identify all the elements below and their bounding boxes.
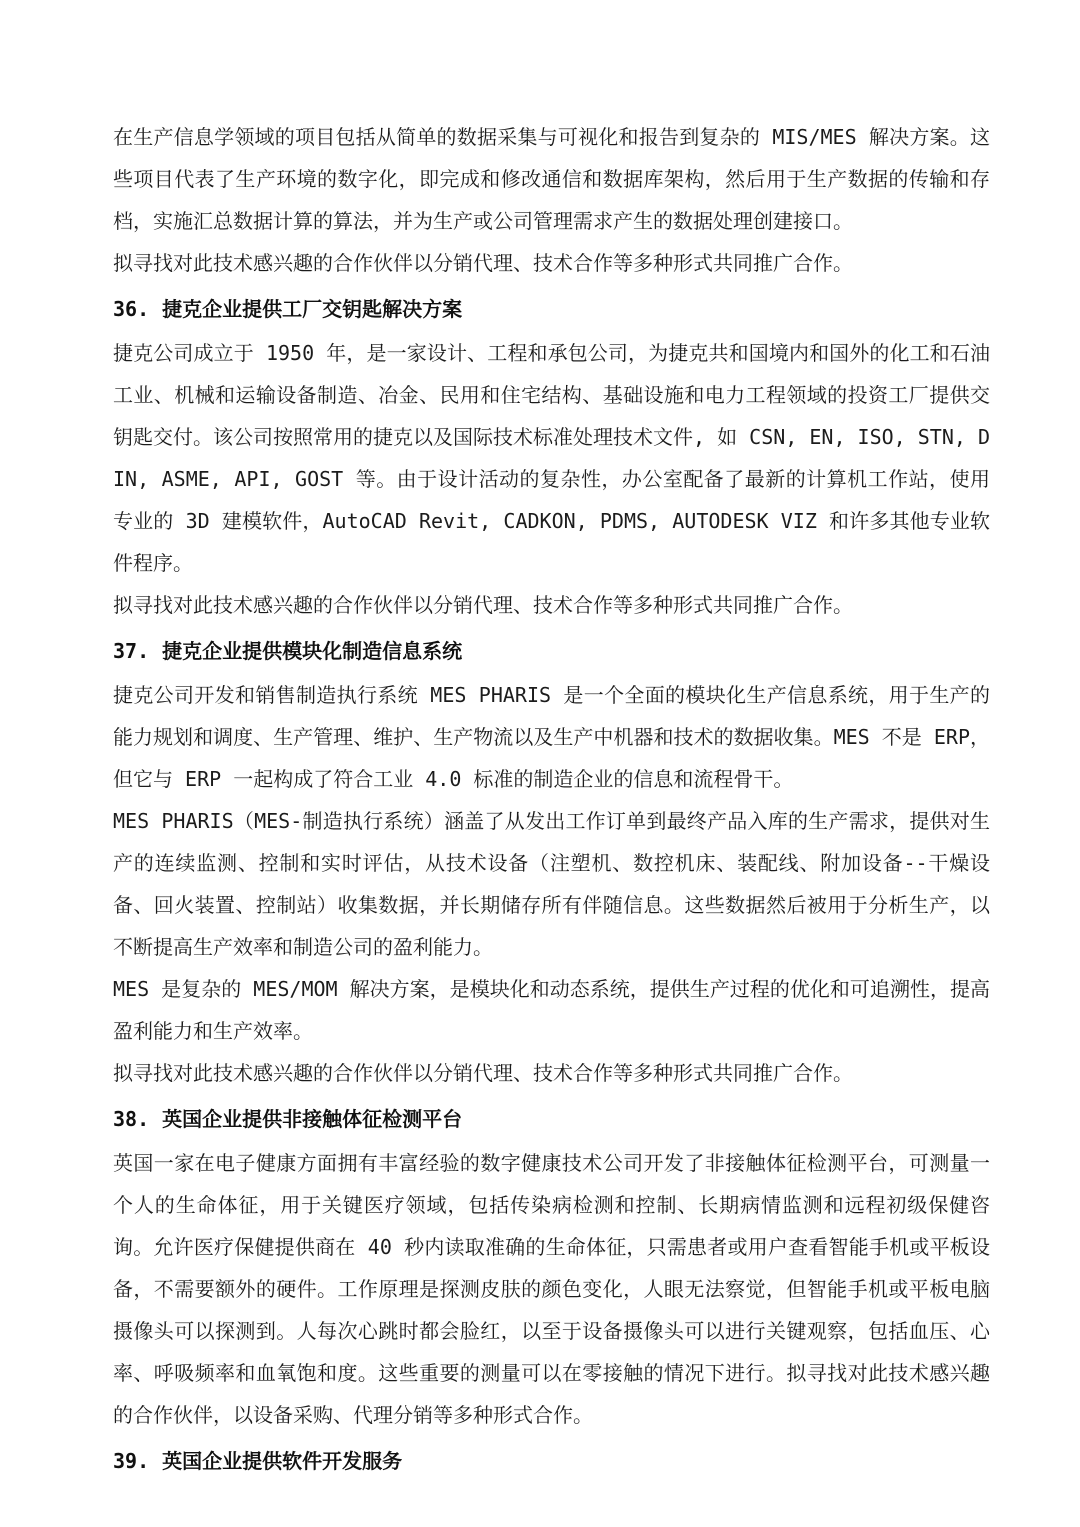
document-body: 在生产信息学领域的项目包括从简单的数据采集与可视化和报告到复杂的 MIS/MES…	[113, 116, 990, 1482]
section-heading-37: 37.捷克企业提供模块化制造信息系统	[113, 630, 990, 672]
section-title: 英国企业提供非接触体征检测平台	[162, 1107, 462, 1131]
paragraph: 捷克公司成立于 1950 年，是一家设计、工程和承包公司，为捷克共和国境内和国外…	[113, 332, 990, 584]
section-number: 37.	[113, 630, 149, 672]
section-heading-38: 38.英国企业提供非接触体征检测平台	[113, 1098, 990, 1140]
paragraph: MES PHARIS（MES-制造执行系统）涵盖了从发出工作订单到最终产品入库的…	[113, 800, 990, 968]
section-number: 36.	[113, 288, 149, 330]
section-title: 捷克企业提供模块化制造信息系统	[162, 639, 462, 663]
paragraph: 英国一家在电子健康方面拥有丰富经验的数字健康技术公司开发了非接触体征检测平台，可…	[113, 1142, 990, 1436]
section-heading-36: 36.捷克企业提供工厂交钥匙解决方案	[113, 288, 990, 330]
paragraph: 在生产信息学领域的项目包括从简单的数据采集与可视化和报告到复杂的 MIS/MES…	[113, 116, 990, 242]
section-heading-39: 39.英国企业提供软件开发服务	[113, 1440, 990, 1482]
section-title: 英国企业提供软件开发服务	[162, 1449, 402, 1473]
paragraph: 拟寻找对此技术感兴趣的合作伙伴以分销代理、技术合作等多种形式共同推广合作。	[113, 1052, 990, 1094]
section-number: 38.	[113, 1098, 149, 1140]
document-page: 在生产信息学领域的项目包括从简单的数据采集与可视化和报告到复杂的 MIS/MES…	[0, 0, 1080, 1527]
section-title: 捷克企业提供工厂交钥匙解决方案	[162, 297, 462, 321]
paragraph: 捷克公司开发和销售制造执行系统 MES PHARIS 是一个全面的模块化生产信息…	[113, 674, 990, 800]
paragraph: 拟寻找对此技术感兴趣的合作伙伴以分销代理、技术合作等多种形式共同推广合作。	[113, 242, 990, 284]
paragraph: 拟寻找对此技术感兴趣的合作伙伴以分销代理、技术合作等多种形式共同推广合作。	[113, 584, 990, 626]
paragraph: MES 是复杂的 MES/MOM 解决方案，是模块化和动态系统，提供生产过程的优…	[113, 968, 990, 1052]
section-number: 39.	[113, 1440, 149, 1482]
